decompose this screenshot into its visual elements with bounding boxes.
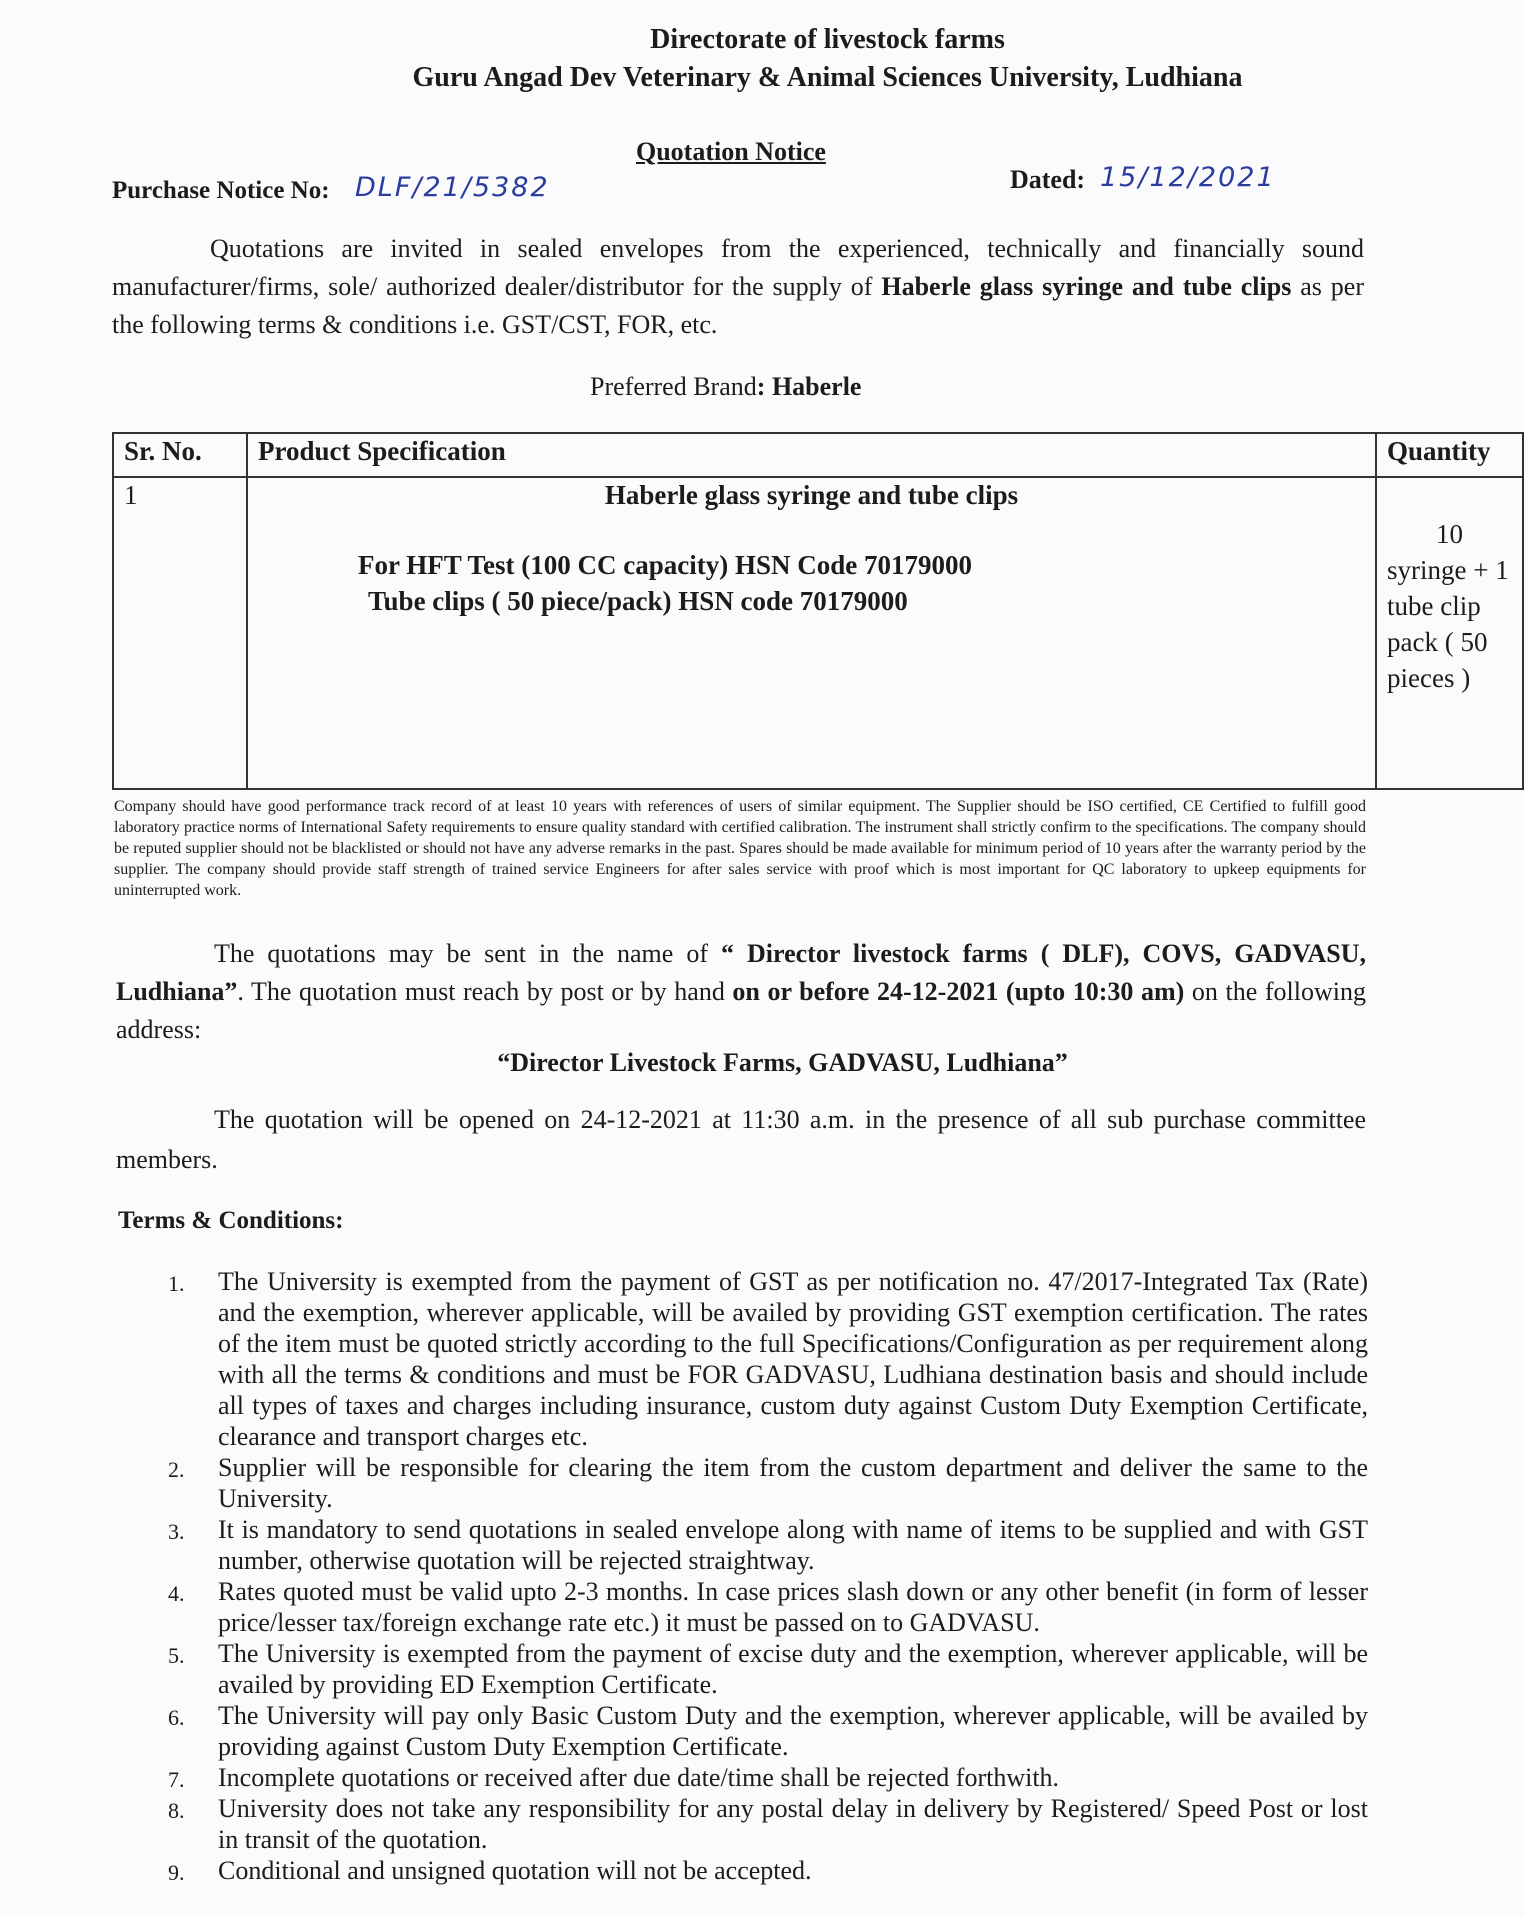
term-item: 4.Rates quoted must be valid upto 2-3 mo… [168, 1576, 1368, 1638]
term-number: 3. [168, 1516, 185, 1547]
submission-paragraph: The quotations may be sent in the name o… [116, 935, 1366, 1049]
term-item: 9.Conditional and unsigned quotation wil… [168, 1855, 1368, 1886]
spec-lines: For HFT Test (100 CC capacity) HSN Code … [358, 547, 1365, 619]
header-product-spec: Product Specification [247, 433, 1376, 477]
term-item: 2.Supplier will be responsible for clear… [168, 1452, 1368, 1514]
term-number: 9. [168, 1857, 185, 1888]
dated-value: 15/12/2021 [1100, 162, 1276, 193]
purchase-notice-number: DLF/21/5382 [355, 172, 550, 203]
product-table: Sr. No. Product Specification Quantity 1… [112, 432, 1524, 790]
term-text: The University is exempted from the paym… [218, 1639, 1368, 1699]
term-number: 5. [168, 1640, 185, 1671]
submission-time: (upto 10:30 am) [998, 977, 1184, 1006]
terms-heading: Terms & Conditions: [118, 1207, 344, 1235]
term-number: 1. [168, 1268, 185, 1299]
cell-quantity: 10 syringe + 1 tube clip pack ( 50 piece… [1376, 477, 1523, 789]
qty-count: 10 [1387, 516, 1512, 552]
term-text: Rates quoted must be valid upto 2-3 mont… [218, 1577, 1368, 1637]
notice-title: Quotation Notice [636, 137, 826, 167]
term-text: Incomplete quotations or received after … [218, 1763, 1059, 1792]
terms-list: 1.The University is exempted from the pa… [168, 1266, 1368, 1886]
term-item: 5.The University is exempted from the pa… [168, 1638, 1368, 1700]
term-text: Supplier will be responsible for clearin… [218, 1453, 1368, 1513]
term-number: 6. [168, 1702, 185, 1733]
term-text: University does not take any responsibil… [218, 1794, 1368, 1854]
submission-text-2: . The quotation must reach by post or by… [237, 977, 732, 1006]
intro-paragraph: Quotations are invited in sealed envelop… [112, 230, 1364, 344]
brand-value: Haberle [772, 372, 862, 401]
term-text: The University will pay only Basic Custo… [218, 1701, 1368, 1761]
term-text: The University is exempted from the paym… [218, 1267, 1368, 1451]
table-row: 1 Haberle glass syringe and tube clips F… [113, 477, 1523, 789]
preferred-brand: Preferred Brand: Haberle [590, 372, 861, 402]
term-text: Conditional and unsigned quotation will … [218, 1856, 812, 1885]
delivery-address: “Director Livestock Farms, GADVASU, Ludh… [0, 1048, 1525, 1078]
header-quantity: Quantity [1376, 433, 1523, 477]
fine-print: Company should have good performance tra… [114, 796, 1366, 901]
term-number: 8. [168, 1795, 185, 1826]
spec-line-2: Tube clips ( 50 piece/pack) HSN code 701… [368, 583, 1365, 619]
spec-title: Haberle glass syringe and tube clips [258, 480, 1365, 511]
intro-item: Haberle glass syringe and tube clips [881, 272, 1291, 301]
term-number: 4. [168, 1578, 185, 1609]
brand-label: Preferred Brand [590, 372, 757, 401]
university-heading: Guru Angad Dev Veterinary & Animal Scien… [0, 62, 1525, 94]
opening-paragraph: The quotation will be opened on 24-12-20… [116, 1100, 1366, 1180]
term-number: 2. [168, 1454, 185, 1485]
term-item: 8.University does not take any responsib… [168, 1793, 1368, 1855]
table-header-row: Sr. No. Product Specification Quantity [113, 433, 1523, 477]
submission-text-1: The quotations may be sent in the name o… [214, 939, 721, 968]
qty-detail: syringe + 1 tube clip pack ( 50 pieces ) [1387, 552, 1512, 696]
header-sr-no: Sr. No. [113, 433, 247, 477]
cell-product-spec: Haberle glass syringe and tube clips For… [247, 477, 1376, 789]
term-item: 6.The University will pay only Basic Cus… [168, 1700, 1368, 1762]
term-item: 7.Incomplete quotations or received afte… [168, 1762, 1368, 1793]
spec-line-1: For HFT Test (100 CC capacity) HSN Code … [358, 547, 1365, 583]
term-item: 3.It is mandatory to send quotations in … [168, 1514, 1368, 1576]
term-item: 1.The University is exempted from the pa… [168, 1266, 1368, 1452]
submission-deadline: on or before 24-12-2021 [732, 977, 998, 1006]
term-number: 7. [168, 1764, 185, 1795]
opening-text: The quotation will be opened on 24-12-20… [116, 1105, 1366, 1174]
purchase-notice-label: Purchase Notice No: [112, 177, 330, 205]
directorate-heading: Directorate of livestock farms [0, 24, 1525, 56]
dated-label: Dated: [1010, 165, 1085, 195]
term-text: It is mandatory to send quotations in se… [218, 1515, 1368, 1575]
cell-sr-no: 1 [113, 477, 247, 789]
